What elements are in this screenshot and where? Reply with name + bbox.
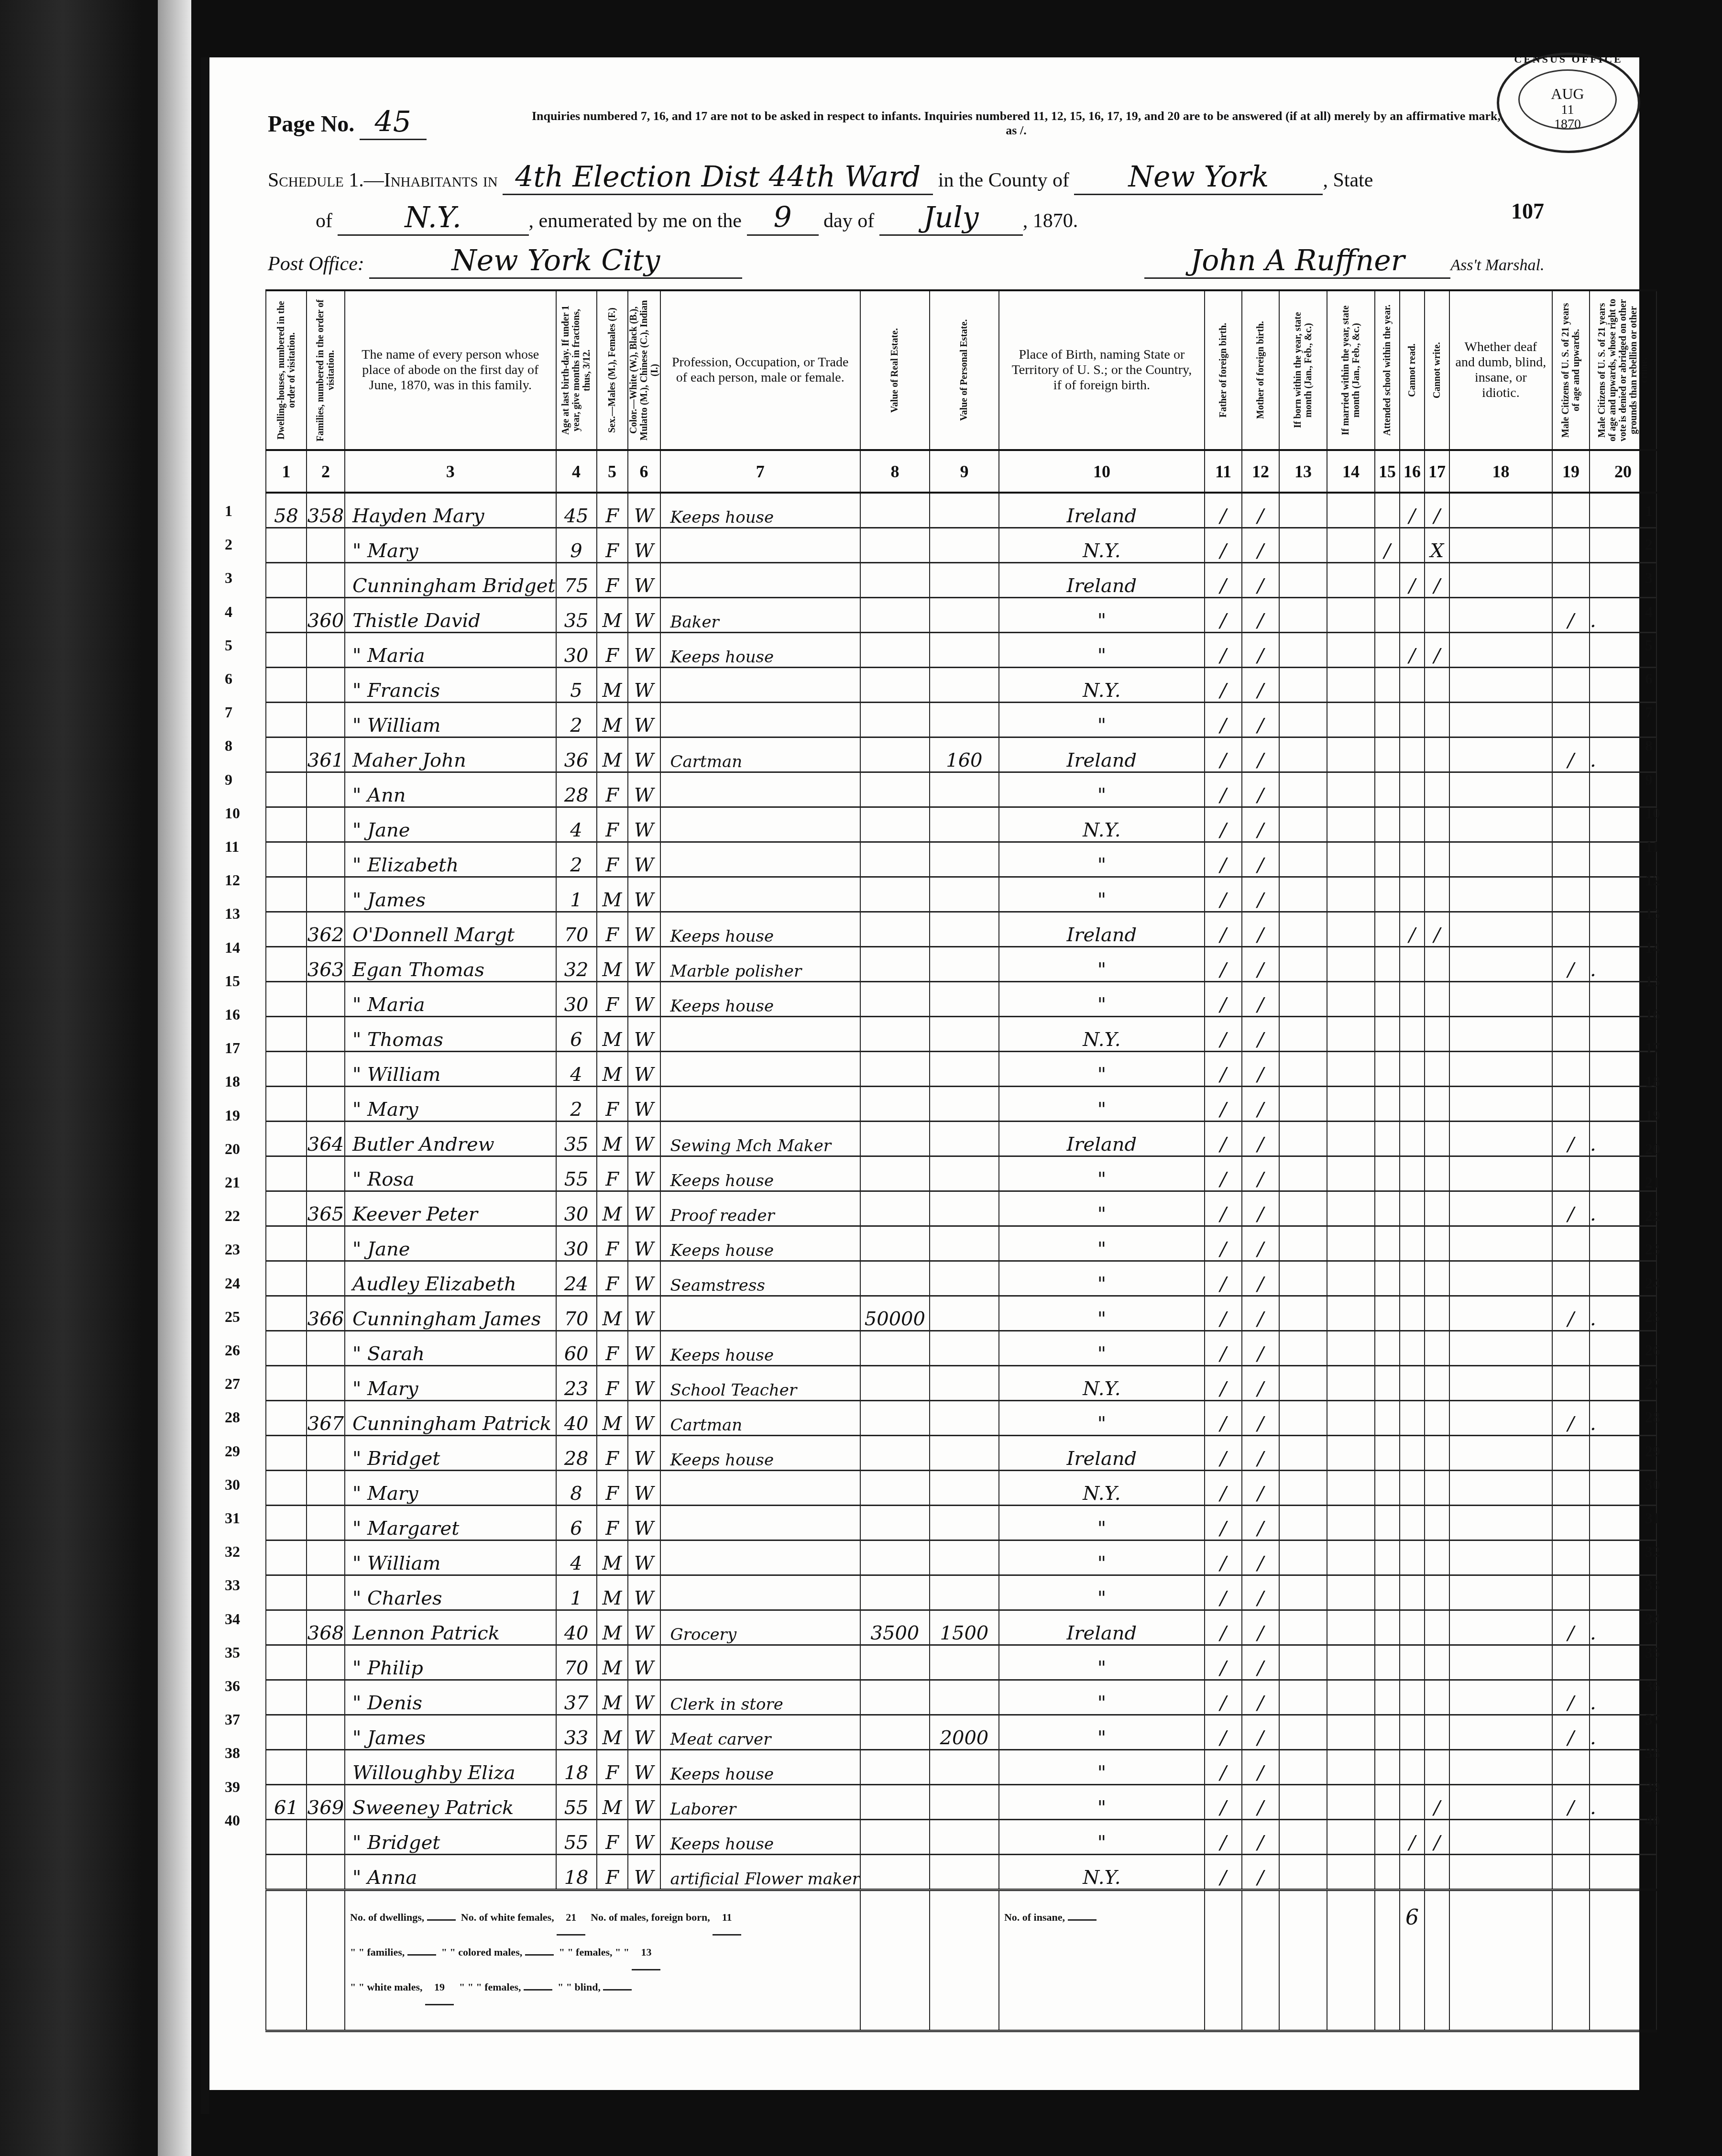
attended-school-cell (1375, 1540, 1400, 1575)
table-row: 61369Sweeney Patrick55MWLaborer"////. (266, 1785, 1656, 1820)
born-within-year-cell (1279, 1785, 1327, 1820)
married-within-year-cell (1327, 842, 1375, 877)
line-number: 6 (225, 670, 232, 688)
disability-cell (1449, 1156, 1552, 1191)
line-number: 25 (225, 1308, 240, 1326)
married-within-year-cell (1327, 1680, 1375, 1715)
real-estate-cell (860, 668, 930, 703)
real-estate-cell (860, 1261, 930, 1296)
table-row: Cunningham Bridget75FWIreland//// (266, 563, 1656, 598)
color-cell: W (628, 1156, 660, 1191)
married-within-year-cell (1327, 1855, 1375, 1890)
sex-cell: M (597, 1191, 628, 1226)
attended-school-cell (1375, 1750, 1400, 1785)
father-foreign-cell: / (1205, 1052, 1242, 1087)
male-citizen-cell: / (1552, 737, 1590, 772)
age-cell: 40 (556, 1401, 597, 1436)
col-11-header: Father of foreign birth. (1218, 298, 1228, 442)
dwelling-cell (266, 737, 307, 772)
birthplace-cell: " (999, 1506, 1205, 1540)
line-number: 23 (225, 1241, 240, 1258)
family-cell (307, 703, 345, 737)
page-number-line: Page No. 45 (268, 105, 427, 140)
dwelling-cell (266, 1471, 307, 1506)
age-cell: 60 (556, 1331, 597, 1366)
table-row: 367Cunningham Patrick40MWCartman"///. (266, 1401, 1656, 1436)
real-estate-cell: 3500 (860, 1610, 930, 1645)
occupation-cell (660, 772, 860, 807)
occupation-cell: Keeps house (660, 1750, 860, 1785)
father-foreign-cell: / (1205, 1645, 1242, 1680)
born-within-year-cell (1279, 912, 1327, 947)
cannot-read-cell: / (1400, 563, 1425, 598)
sex-cell: M (597, 598, 628, 633)
cannot-read-cell (1400, 947, 1425, 982)
mother-foreign-cell: / (1242, 1610, 1279, 1645)
father-foreign-cell: / (1205, 1436, 1242, 1471)
sex-cell: M (597, 1785, 628, 1820)
birthplace-cell: " (999, 1680, 1205, 1715)
cannot-write-cell (1425, 947, 1449, 982)
personal-estate-cell (930, 1366, 999, 1401)
married-within-year-cell (1327, 598, 1375, 633)
color-cell: W (628, 1191, 660, 1226)
color-cell: W (628, 1575, 660, 1610)
line-number: 26 (225, 1342, 240, 1359)
male-citizen-cell (1552, 563, 1590, 598)
family-cell (307, 1575, 345, 1610)
born-within-year-cell (1279, 1575, 1327, 1610)
age-cell: 30 (556, 1191, 597, 1226)
family-cell (307, 1820, 345, 1855)
family-cell (307, 1540, 345, 1575)
married-within-year-cell (1327, 493, 1375, 528)
born-within-year-cell (1279, 1261, 1327, 1296)
attended-school-cell (1375, 1575, 1400, 1610)
real-estate-cell (860, 737, 930, 772)
birthplace-cell: " (999, 982, 1205, 1017)
line-number: 32 (1645, 1543, 1660, 1561)
sheet-number: 107 (1511, 198, 1544, 224)
male-citizen-cell (1552, 1575, 1590, 1610)
age-cell: 70 (556, 1645, 597, 1680)
personal-estate-cell (930, 1122, 999, 1156)
dwelling-cell (266, 703, 307, 737)
age-cell: 35 (556, 598, 597, 633)
cannot-read-cell (1400, 1610, 1425, 1645)
line-number: 31 (225, 1509, 240, 1527)
father-foreign-cell: / (1205, 1471, 1242, 1506)
father-foreign-cell: / (1205, 1366, 1242, 1401)
mother-foreign-cell: / (1242, 668, 1279, 703)
post-office-line: Post Office: New York City John A Ruffne… (268, 244, 1544, 279)
stamp-month: AUG (1520, 85, 1615, 103)
cannot-write-cell (1425, 1156, 1449, 1191)
dwelling-cell (266, 1540, 307, 1575)
age-cell: 23 (556, 1366, 597, 1401)
birthplace-cell: " (999, 633, 1205, 668)
line-number: 17 (1645, 1039, 1660, 1057)
dwelling-cell (266, 772, 307, 807)
line-number: 37 (225, 1711, 240, 1728)
line-number: 2 (1645, 536, 1653, 553)
col-9-header: Value of Personal Estate. (959, 298, 969, 442)
personal-estate-cell (930, 1680, 999, 1715)
stamp-year: 1870 (1520, 117, 1615, 132)
male-citizen-cell (1552, 1471, 1590, 1506)
age-cell: 24 (556, 1261, 597, 1296)
birthplace-cell: " (999, 1331, 1205, 1366)
dwelling-cell (266, 1750, 307, 1785)
name-cell: " William (345, 703, 556, 737)
col-2-header: Families, numbered in the order of visit… (315, 298, 336, 442)
personal-estate-cell (930, 1785, 999, 1820)
of-label: of (316, 210, 332, 232)
line-number: 26 (1645, 1342, 1660, 1359)
born-within-year-cell (1279, 1610, 1327, 1645)
birthplace-cell: Ireland (999, 1122, 1205, 1156)
age-cell: 55 (556, 1785, 597, 1820)
real-estate-cell (860, 1122, 930, 1156)
married-within-year-cell (1327, 1575, 1375, 1610)
line-number: 16 (225, 1006, 240, 1023)
col-num: 11 (1205, 450, 1242, 493)
father-foreign-cell: / (1205, 633, 1242, 668)
line-number: 10 (225, 804, 240, 822)
personal-estate-cell (930, 668, 999, 703)
col-5-header: Sex.—Males (M.), Females (F.) (607, 298, 617, 442)
dwelling-cell (266, 1331, 307, 1366)
attended-school-cell (1375, 807, 1400, 842)
sex-cell: F (597, 493, 628, 528)
male-citizen-cell (1552, 1645, 1590, 1680)
state-label: , State (1323, 169, 1373, 191)
col-num: 6 (628, 450, 660, 493)
sex-cell: F (597, 1750, 628, 1785)
family-cell (307, 1680, 345, 1715)
disability-cell (1449, 1645, 1552, 1680)
married-within-year-cell (1327, 633, 1375, 668)
father-foreign-cell: / (1205, 493, 1242, 528)
sex-cell: F (597, 1471, 628, 1506)
line-number: 12 (225, 871, 240, 889)
attended-school-cell (1375, 912, 1400, 947)
dwelling-cell (266, 982, 307, 1017)
disability-cell (1449, 1436, 1552, 1471)
mother-foreign-cell: / (1242, 1366, 1279, 1401)
father-foreign-cell: / (1205, 528, 1242, 563)
real-estate-cell (860, 1785, 930, 1820)
cannot-read-cell (1400, 1401, 1425, 1436)
dwelling-cell (266, 842, 307, 877)
occupation-cell: Laborer (660, 1785, 860, 1820)
birthplace-cell: " (999, 1645, 1205, 1680)
county-value: New York (1074, 160, 1323, 195)
mother-foreign-cell: / (1242, 1785, 1279, 1820)
born-within-year-cell (1279, 947, 1327, 982)
real-estate-cell (860, 1436, 930, 1471)
line-number: 27 (225, 1375, 240, 1393)
line-number: 23 (1645, 1241, 1660, 1258)
line-number: 39 (225, 1778, 240, 1796)
sex-cell: F (597, 1261, 628, 1296)
cannot-write-cell (1425, 807, 1449, 842)
attended-school-cell (1375, 1820, 1400, 1855)
father-foreign-cell: / (1205, 1750, 1242, 1785)
col-num: 20 (1590, 450, 1656, 493)
colored-males-label: " " colored males, (441, 1946, 522, 1958)
sex-cell: F (597, 842, 628, 877)
day-value: 9 (747, 201, 819, 236)
col-15-header: Attended school within the year. (1382, 298, 1393, 442)
color-cell: W (628, 1645, 660, 1680)
dwelling-cell (266, 1052, 307, 1087)
occupation-cell: Meat carver (660, 1715, 860, 1750)
disability-cell (1449, 1087, 1552, 1122)
birthplace-cell: " (999, 1191, 1205, 1226)
name-cell: " Thomas (345, 1017, 556, 1052)
attended-school-cell (1375, 493, 1400, 528)
cannot-write-cell (1425, 1715, 1449, 1750)
mother-foreign-cell: / (1242, 1715, 1279, 1750)
dwelling-cell (266, 807, 307, 842)
birthplace-cell: " (999, 703, 1205, 737)
male-citizen-cell (1552, 493, 1590, 528)
col-4-header: Age at last birth-day. If under 1 year, … (560, 298, 592, 442)
dwelling-cell (266, 947, 307, 982)
name-cell: " Bridget (345, 1436, 556, 1471)
disability-cell (1449, 1575, 1552, 1610)
sex-cell: M (597, 1610, 628, 1645)
census-rows: 58358Hayden Mary45FWKeeps houseIreland//… (266, 493, 1656, 1890)
line-number: 30 (225, 1476, 240, 1494)
attended-school-cell (1375, 1715, 1400, 1750)
male-citizen-cell (1552, 877, 1590, 912)
cannot-write-cell (1425, 772, 1449, 807)
married-within-year-cell (1327, 1331, 1375, 1366)
col-num: 12 (1242, 450, 1279, 493)
attended-school-cell: / (1375, 528, 1400, 563)
cannot-read-cell (1400, 1122, 1425, 1156)
disability-cell (1449, 1855, 1552, 1890)
family-cell (307, 1855, 345, 1890)
cannot-read-cell (1400, 1331, 1425, 1366)
table-row: 364Butler Andrew35MWSewing Mch MakerIrel… (266, 1122, 1656, 1156)
personal-estate-cell (930, 1226, 999, 1261)
colored-females-value (524, 1989, 552, 1991)
foreign-females-label: " " females, " " (559, 1946, 629, 1958)
born-within-year-cell (1279, 1191, 1327, 1226)
disability-cell (1449, 528, 1552, 563)
table-row: " Charles1MW"// (266, 1575, 1656, 1610)
family-cell (307, 1366, 345, 1401)
father-foreign-cell: / (1205, 807, 1242, 842)
born-within-year-cell (1279, 528, 1327, 563)
family-cell (307, 807, 345, 842)
cannot-write-cell: / (1425, 493, 1449, 528)
line-number: 5 (225, 637, 232, 654)
born-within-year-cell (1279, 1750, 1327, 1785)
line-number: 28 (1645, 1408, 1660, 1426)
male-citizen-cell (1552, 703, 1590, 737)
cannot-write-cell (1425, 1122, 1449, 1156)
line-number: 25 (1645, 1308, 1660, 1326)
disability-cell (1449, 633, 1552, 668)
age-cell: 9 (556, 528, 597, 563)
birthplace-cell: Ireland (999, 1436, 1205, 1471)
white-females-label: No. of white females, (461, 1911, 554, 1923)
personal-estate-cell (930, 528, 999, 563)
age-cell: 28 (556, 1436, 597, 1471)
attended-school-cell (1375, 1506, 1400, 1540)
cannot-write-cell (1425, 1296, 1449, 1331)
married-within-year-cell (1327, 1087, 1375, 1122)
line-number: 38 (225, 1744, 240, 1762)
page-no-label: Page No. (268, 111, 354, 137)
age-cell: 6 (556, 1017, 597, 1052)
mother-foreign-cell: / (1242, 877, 1279, 912)
family-cell (307, 1052, 345, 1087)
age-cell: 1 (556, 877, 597, 912)
real-estate-cell (860, 1575, 930, 1610)
line-number: 15 (1645, 972, 1660, 990)
year-label: , 1870. (1023, 210, 1078, 232)
occupation-cell (660, 1645, 860, 1680)
married-within-year-cell (1327, 1645, 1375, 1680)
attended-school-cell (1375, 1331, 1400, 1366)
sex-cell: F (597, 528, 628, 563)
birthplace-cell: " (999, 877, 1205, 912)
birthplace-cell: N.Y. (999, 528, 1205, 563)
disability-cell (1449, 982, 1552, 1017)
age-cell: 30 (556, 1226, 597, 1261)
col-12-header: Mother of foreign birth. (1255, 298, 1266, 442)
married-within-year-cell (1327, 772, 1375, 807)
family-cell (307, 1645, 345, 1680)
real-estate-cell (860, 703, 930, 737)
dwelling-cell (266, 1715, 307, 1750)
male-citizen-cell (1552, 1820, 1590, 1855)
line-number: 21 (1645, 1174, 1660, 1191)
family-cell: 360 (307, 598, 345, 633)
disability-cell (1449, 772, 1552, 807)
cannot-write-cell (1425, 1680, 1449, 1715)
age-cell: 36 (556, 737, 597, 772)
mother-foreign-cell: / (1242, 1855, 1279, 1890)
line-number: 4 (225, 603, 232, 621)
married-within-year-cell (1327, 737, 1375, 772)
cannot-read-cell (1400, 737, 1425, 772)
cannot-write-cell: / (1425, 633, 1449, 668)
name-cell: Sweeney Patrick (345, 1785, 556, 1820)
cannot-write-cell (1425, 877, 1449, 912)
name-cell: " Mary (345, 1087, 556, 1122)
personal-estate-cell: 160 (930, 737, 999, 772)
cannot-read-cell (1400, 1191, 1425, 1226)
father-foreign-cell: / (1205, 912, 1242, 947)
sex-cell: M (597, 1680, 628, 1715)
line-number: 1 (225, 502, 232, 520)
married-within-year-cell (1327, 1017, 1375, 1052)
male-citizen-cell (1552, 1017, 1590, 1052)
age-cell: 8 (556, 1471, 597, 1506)
color-cell: W (628, 1296, 660, 1331)
name-cell: Maher John (345, 737, 556, 772)
line-number: 36 (1645, 1677, 1660, 1695)
post-office-value: New York City (369, 244, 742, 279)
sex-cell: M (597, 703, 628, 737)
mother-foreign-cell: / (1242, 1122, 1279, 1156)
color-cell: W (628, 1680, 660, 1715)
cannot-write-cell (1425, 598, 1449, 633)
vote-denied-cell (1590, 1855, 1656, 1890)
line-number: 14 (1645, 939, 1660, 957)
family-cell: 362 (307, 912, 345, 947)
sex-cell: F (597, 1436, 628, 1471)
born-within-year-cell (1279, 668, 1327, 703)
disability-cell (1449, 563, 1552, 598)
cannot-read-cell (1400, 1575, 1425, 1610)
mother-foreign-cell: / (1242, 1226, 1279, 1261)
line-number: 10 (1645, 804, 1660, 822)
occupation-cell: Sewing Mch Maker (660, 1122, 860, 1156)
age-cell: 70 (556, 912, 597, 947)
married-within-year-cell (1327, 668, 1375, 703)
real-estate-cell (860, 1087, 930, 1122)
sex-cell: F (597, 1156, 628, 1191)
column-header-row: Dwelling-houses, numbered in the order o… (266, 290, 1656, 450)
real-estate-cell (860, 563, 930, 598)
line-number: 15 (225, 972, 240, 990)
disability-cell (1449, 1261, 1552, 1296)
sex-cell: F (597, 1855, 628, 1890)
real-estate-cell (860, 1017, 930, 1052)
male-citizen-cell (1552, 772, 1590, 807)
mother-foreign-cell: / (1242, 982, 1279, 1017)
col-6-header: Color.—White (W.), Black (B.), Mulatto (… (628, 298, 660, 442)
attended-school-cell (1375, 1226, 1400, 1261)
male-citizen-cell: / (1552, 1122, 1590, 1156)
colored-females-label: " " " females, (459, 1981, 521, 1993)
cannot-read-cell (1400, 982, 1425, 1017)
attended-school-cell (1375, 842, 1400, 877)
col16-total: 6 (1400, 1890, 1425, 2031)
cannot-read-cell (1400, 877, 1425, 912)
col-16-header: Cannot read. (1407, 298, 1417, 442)
birthplace-cell: " (999, 1575, 1205, 1610)
cannot-read-cell: / (1400, 493, 1425, 528)
born-within-year-cell (1279, 1122, 1327, 1156)
line-number: 7 (225, 704, 232, 721)
cannot-read-cell (1400, 1366, 1425, 1401)
mother-foreign-cell: / (1242, 1156, 1279, 1191)
family-cell: 367 (307, 1401, 345, 1436)
family-cell (307, 1471, 345, 1506)
post-office-label: Post Office: (268, 253, 364, 275)
attended-school-cell (1375, 1366, 1400, 1401)
attended-school-cell (1375, 1017, 1400, 1052)
census-office-stamp: CENSUS OFFICE AUG 11 1870 (1497, 53, 1640, 153)
line-number: 21 (225, 1174, 240, 1191)
name-cell: " Jane (345, 1226, 556, 1261)
name-cell: " James (345, 877, 556, 912)
mother-foreign-cell: / (1242, 947, 1279, 982)
dwelling-cell (266, 1156, 307, 1191)
mother-foreign-cell: / (1242, 598, 1279, 633)
father-foreign-cell: / (1205, 842, 1242, 877)
color-cell: W (628, 1436, 660, 1471)
family-cell (307, 1436, 345, 1471)
